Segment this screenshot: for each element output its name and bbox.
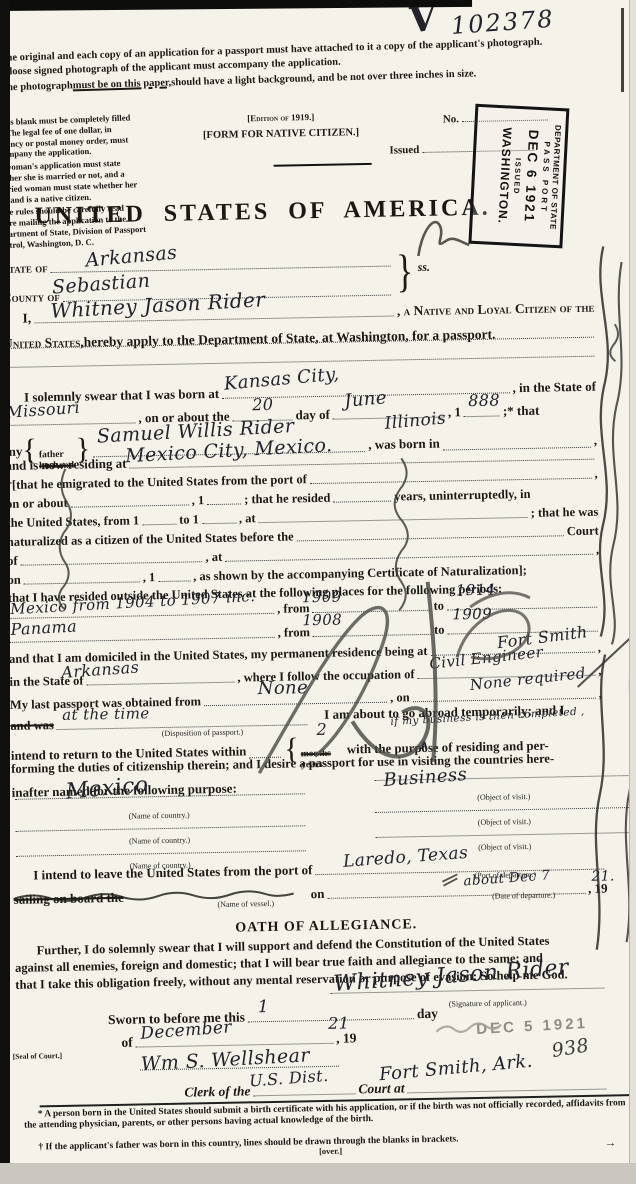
oath-heading: OATH OF ALLEGIANCE. xyxy=(206,917,446,938)
hand-res2-to: 1909 xyxy=(452,605,492,624)
over-note: [over.] xyxy=(290,1145,370,1157)
margin-instructions: ☞This blank must be completely filled ou… xyxy=(0,112,148,251)
edition-note: [Edition of 1919.] xyxy=(211,111,351,124)
margin-scribble-upper-2 xyxy=(604,262,629,644)
hand-birth-year: 888 xyxy=(468,390,500,410)
seal-of-court: [Seal of Court.] xyxy=(13,1051,63,1061)
margin-para-2: A woman's application must state whether… xyxy=(0,157,147,206)
hand-insert-caret: ∧ xyxy=(419,738,430,753)
scan-band-right xyxy=(629,0,636,1184)
margin-mark-small xyxy=(610,324,619,361)
form-type-rule xyxy=(274,163,372,167)
ss-brace: } xyxy=(396,244,414,297)
date-caption: (Date of departure.) xyxy=(454,890,594,902)
ss-label: ss. xyxy=(417,260,430,275)
page-turn-arrow: → xyxy=(604,1135,616,1150)
hand-sworn-year: 21 xyxy=(328,1013,350,1032)
hand-passport-from: None xyxy=(257,677,308,699)
hand-object1: Business xyxy=(383,764,468,791)
vessel-caption: (Name of vessel.) xyxy=(166,898,326,910)
hand-departure-year: 21. xyxy=(591,868,615,884)
hand-birth-day: 20 xyxy=(252,395,274,414)
scan-band-bottom xyxy=(0,1163,636,1184)
country-caption-2: (Name of country.) xyxy=(80,835,240,847)
form-type: [FORM FOR NATIVE CITIZEN.] xyxy=(187,127,375,142)
object2-rule xyxy=(372,807,634,816)
hand-at-the-time: at the time xyxy=(62,704,150,724)
ans-scribble xyxy=(418,221,470,256)
footnote-1: * A person born in the United States sho… xyxy=(24,1098,636,1131)
object3-rule xyxy=(373,832,635,841)
hand-within-value: 2 xyxy=(316,720,327,739)
country2-rule xyxy=(12,825,308,835)
passport-application-sheet: V 102378 The original and each copy of a… xyxy=(0,0,636,1184)
received-stamp-dec5: DEC 5 1921 xyxy=(476,1015,588,1038)
passport-issue-stamp: DEPARTMENT OF STATE PASS PORT DEC 6 1921… xyxy=(468,104,569,249)
country3-rule xyxy=(13,850,309,860)
object-caption-1: (Object of visit.) xyxy=(434,791,574,803)
hand-res1-from: 1909 xyxy=(302,588,342,607)
object-caption-2: (Object of visit.) xyxy=(434,816,574,828)
hand-sworn-day: 1 xyxy=(258,997,270,1017)
signature-caption: (Signature of applicant.) xyxy=(398,997,578,1009)
country-caption-1: (Name of country.) xyxy=(79,810,239,822)
hand-res2-place: Panama xyxy=(10,616,77,639)
hand-res1-to: 1914 xyxy=(456,581,496,600)
margin-para-1: ☞This blank must be completely filled ou… xyxy=(0,112,145,161)
scan-edge-left xyxy=(0,0,10,1166)
state-field: State of xyxy=(1,253,393,277)
serial-number: 102378 xyxy=(450,5,555,40)
hand-birth-month: June xyxy=(343,387,387,412)
hand-file-number: 938 xyxy=(550,1034,590,1062)
scan-edge-right-line xyxy=(621,8,624,92)
hand-res2-from: 1908 xyxy=(302,611,342,630)
